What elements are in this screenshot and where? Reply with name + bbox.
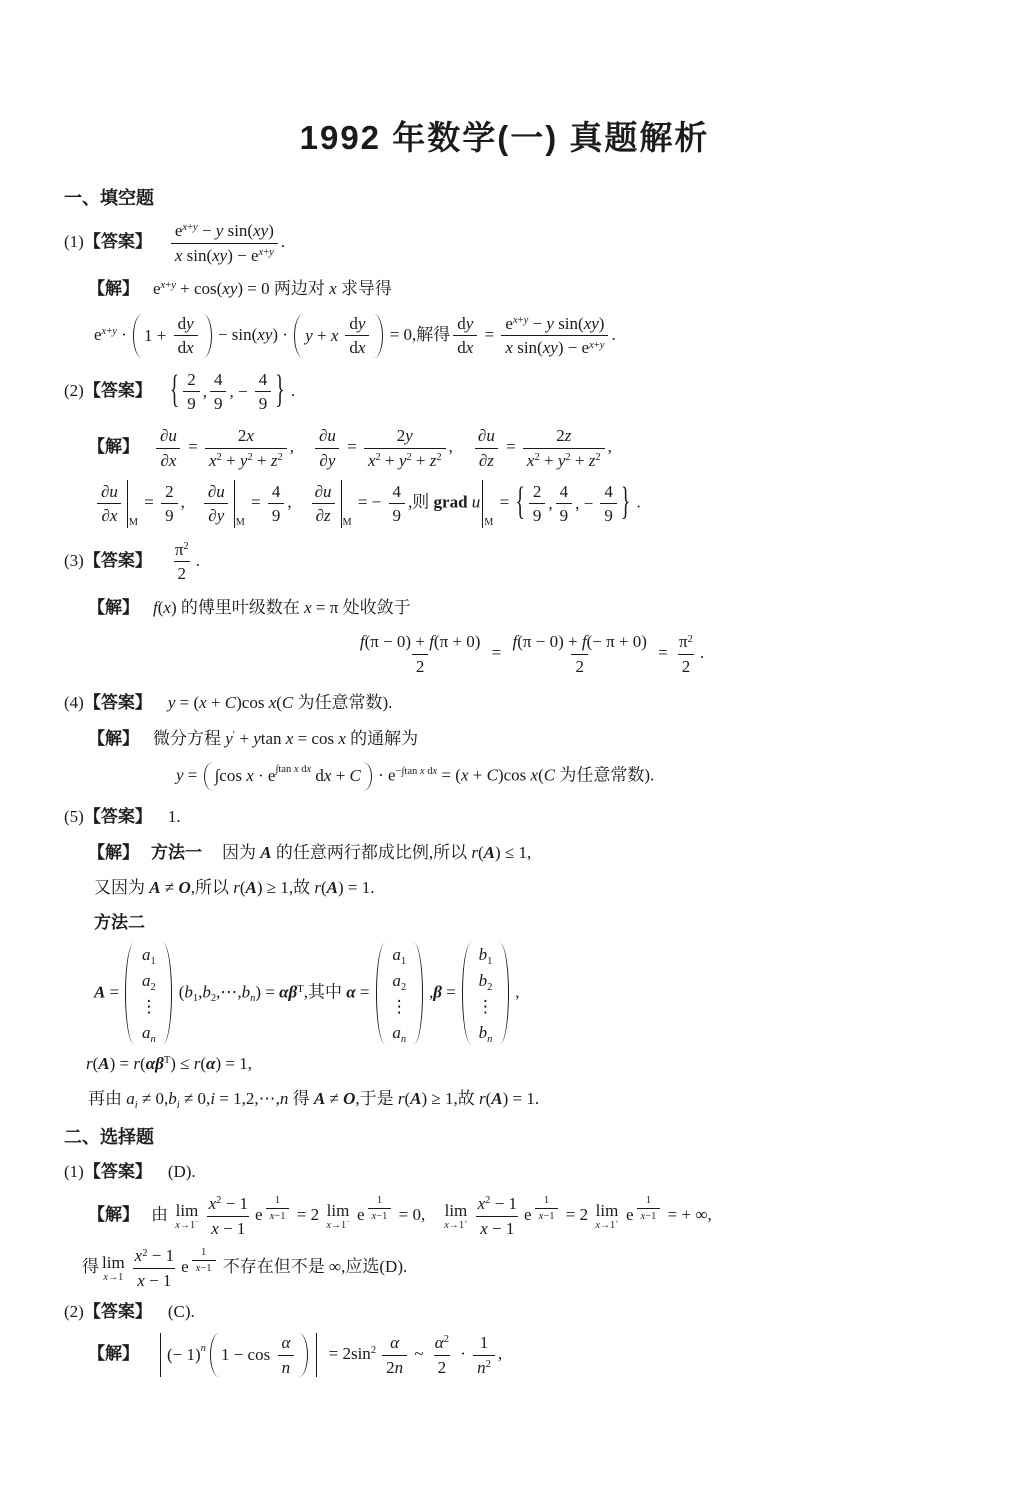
num: 1 [540,1195,553,1209]
it: C [225,693,236,712]
rm: ,于是 [355,1089,398,1108]
num: 1 [271,1195,284,1209]
rm: π [679,632,688,651]
it: b [242,983,251,1002]
rm: 2 [565,452,570,463]
it: x [358,338,366,357]
fraction: ex+y − y sin(xy)x sin(xy) − ex+y [171,221,278,265]
limw: lim [176,1202,199,1220]
eval-bar: M [234,480,245,528]
rm: 2 [556,426,565,445]
rm: 2 [217,452,222,463]
q2-answer-line: (2)【答案】{29,49, − 49} . [64,370,993,414]
fraction: 2xx2 + y2 + z2 [205,426,287,470]
rm: − sin( [214,325,258,344]
fraction: ∂u∂z [474,426,499,470]
sup: 2 [142,1248,147,1259]
num: x2 − 1 [131,1246,178,1268]
sup: x+y [161,280,176,291]
it: xy [222,279,237,298]
q1-solution-line: 【解】ex+y + cos(xy) = 0 两边对 x 求导得 [64,277,993,302]
it: y [112,326,117,337]
it: y [358,314,366,333]
rm: ≠ [161,878,179,897]
crows: a1a2⋮an [387,943,412,1044]
big-delimiter-group: 1 + dydx [132,314,213,358]
big-paren-left [210,1333,219,1377]
rm: + [235,729,253,748]
it: a [392,971,401,990]
document-page: 1992 年数学(一) 真题解析 一、填空题(1)【答案】ex+y − y si… [0,0,1009,1507]
cjkb: 方法一 [151,843,202,862]
rm: ∫tan [275,764,293,775]
bdc: ∫cos x · e∫tan x dx dx + C [215,764,361,789]
num: ∂u [97,482,122,504]
big-paren-right [299,1333,308,1377]
rm: 9 [533,506,542,525]
num: 4 [389,482,406,504]
it: x [209,451,217,470]
den: 9 [210,391,227,414]
eval-bar: M [482,480,493,528]
it: n [282,1358,291,1377]
rm: ) = 1, [215,1054,252,1073]
it: x [246,426,254,445]
rm: sin( [513,338,543,357]
den: x2 + y2 + z2 [523,448,605,471]
fraction: ∂u∂y [315,426,340,470]
num: π2 [675,632,697,654]
rm: + cos( [176,279,222,298]
big-paren-left [204,762,213,791]
rm: sin( [182,246,212,265]
den: ∂z [312,503,335,526]
cjkb: 【解】 [88,279,139,298]
rm: 9 [604,506,613,525]
it: y [305,324,313,349]
rm: 2 [142,1248,147,1259]
fraction: 1x−1 [266,1195,290,1223]
subsc: 2 [401,982,406,993]
sup: 2 [371,1345,376,1356]
it: u [327,426,336,445]
cjkb: 【答案】 [84,1302,152,1321]
rm: M [129,517,138,528]
rm: . [196,551,200,570]
rm: 2 [151,982,156,993]
rm: · e [254,764,276,789]
rm: 2 [534,452,539,463]
rm: 1 − cos [221,1343,275,1368]
rm: , [449,437,453,456]
sup: T [297,984,303,995]
page-title: 1992 年数学(一) 真题解析 [0,0,1009,159]
sup: 2 [565,452,570,463]
rm: + [412,451,430,470]
num: ∂u [474,426,499,448]
it: x [186,338,194,357]
sup: 2 [376,452,381,463]
sup: x+y [102,326,117,337]
crow: a1 [392,946,406,963]
it: i [135,1100,138,1111]
den: ∂y [315,448,339,471]
num: ∂u [311,482,336,504]
num: f(π − 0) + f(π + 0) [356,632,485,654]
rm: 9 [165,506,174,525]
num: 4 [556,482,573,504]
it: r [233,878,240,897]
num: 2z [552,426,575,448]
cjkb: 一、填空题 [64,188,154,208]
rm: ) = [255,983,279,1002]
rm: e [524,1205,532,1224]
bdc: 29,49, − 49 [180,370,274,414]
bdc: 1 − cos αn [221,1333,297,1377]
rm: ∂ [479,451,487,470]
big-delimiter-group: 1 − cos αn [209,1333,309,1377]
rm: ∂ [315,482,323,501]
subsc: 1 [151,956,156,967]
rm: 1 [646,1195,651,1206]
den: 2 [434,1355,451,1378]
it: α [435,1333,444,1352]
num: 2 [183,370,200,392]
section2-heading: 二、选择题 [64,1124,993,1150]
sup: 2 [216,1195,221,1206]
rm: d [178,338,187,357]
q1-answer-line: (1)【答案】ex+y − y sin(xy)x sin(xy) − ex+y. [64,221,993,265]
q3-solution-line: 【解】f(x) 的傅里叶级数在 x = π 处收敛于 [64,596,993,621]
big-paren-right [374,314,383,358]
sup: 2 [247,452,252,463]
rm: 2 [371,1345,376,1356]
sup: x+y [182,222,197,233]
num: 4 [255,370,272,392]
vbar [234,480,235,528]
it: xy [257,325,272,344]
den: x − 1 [133,1268,175,1291]
it: y [217,506,225,525]
sup: x+y [589,340,604,351]
it: u [472,493,481,512]
rm: (π + 0) [434,632,481,651]
big-bar [316,1333,317,1377]
rm: 2 [595,452,600,463]
subsc: 2 [151,982,156,993]
rm: tan [261,729,286,748]
it: y [253,729,261,748]
num: 4 [268,482,285,504]
crow: an [142,1024,156,1041]
q4-formula-line: y = ∫cos x · e∫tan x dx dx + C · e−∫tan … [64,762,993,791]
rm: ∂ [319,451,327,470]
limw: lim [445,1202,468,1220]
rm: = [184,437,202,456]
rm: 2 [436,452,441,463]
sup: 2 [183,541,188,552]
it: r [479,1089,486,1108]
it: x [433,766,438,777]
it: y [171,280,176,291]
rm: . [281,232,285,251]
den: dx [453,335,477,358]
sup: 2 [444,1334,449,1345]
rm: (− π + 0) [587,632,647,651]
den: 2 [174,561,191,584]
fraction: x2 − 1x − 1 [205,1194,252,1238]
it: n [487,1034,492,1045]
sup: ′ [233,730,235,741]
it: x [169,451,177,470]
rm: + [571,451,589,470]
num: 1 [373,1195,386,1209]
rm: 9 [214,394,223,413]
rm: 4 [214,370,223,389]
rm: →1 [108,1272,123,1283]
sup: 2 [595,452,600,463]
it: x [246,764,254,789]
rm: 9 [187,394,196,413]
rm: )cos [498,765,531,784]
rm: 2 [416,657,425,676]
bi: A [94,983,105,1002]
it: x [531,765,539,784]
crow: a2 [392,972,406,989]
it: a [142,1023,151,1042]
bi: A [246,878,257,897]
rm: ( [174,983,184,1002]
den: 9 [556,503,573,526]
q4-solution-line: 【解】微分方程 y′ + ytan x = cos x 的通解为 [64,727,993,752]
c2-answer-line: (2)【答案】(C). [64,1300,993,1325]
rm: (2) [64,1302,84,1321]
den: 9 [600,503,617,526]
it: y [225,729,233,748]
bdc: y + xdydx [305,314,372,358]
rm: ) · [272,325,292,344]
rm: = 1,2,⋯, [215,1089,280,1108]
sup: + [464,1219,468,1226]
den: 9 [389,503,406,526]
rm: = [105,983,123,1002]
rm: ∫cos [215,764,247,789]
bi: αβ [146,1054,164,1073]
rm: + [540,451,558,470]
it: b [479,971,488,990]
fraction: 29 [161,482,178,526]
it: y [176,765,184,784]
it: b [479,945,488,964]
num: 2x [234,426,258,448]
q5-final-line: 再由 ai ≠ 0,bi ≠ 0,i = 1,2,⋯,n 得 A ≠ O,于是 … [64,1087,993,1112]
rm: 1 [193,993,198,1004]
big-paren-right [500,943,509,1044]
rm: = 0,解得 [385,325,450,344]
rm: ⋮ [391,997,408,1016]
rm: 4 [560,482,569,501]
rm: (− 1) [167,1343,201,1368]
rm: 2 [486,1359,491,1370]
big-delimiter-group: y + xdydx [293,314,384,358]
crow: bn [479,1024,493,1041]
num: π2 [171,540,193,562]
bi: A [149,878,160,897]
sup: 2 [406,452,411,463]
section1-heading: 一、填空题 [64,185,993,211]
num: 2y [393,426,417,448]
big-delimiter-group: ∫cos x · e∫tan x dx dx + C [203,762,373,791]
it: x [211,1219,219,1238]
big-paren-left [133,314,142,358]
rm: 1 [377,1195,382,1206]
rm: (5) [64,807,84,826]
crow: ⋮ [477,998,494,1015]
num: 4 [210,370,227,392]
rm: T [164,1055,170,1066]
it: z [487,451,494,470]
bi: O [343,1089,355,1108]
rm: e [255,1205,263,1224]
den: 2n [382,1355,407,1378]
fraction: dydx [174,314,198,358]
rm: 由 [151,1205,172,1224]
crow: a1 [142,946,156,963]
rm: ) [268,221,274,240]
rm: = [442,983,460,1002]
rm: (2) [64,381,84,400]
rm: 2 [406,452,411,463]
rm: )cos [236,693,269,712]
big-delimiter-group: {29,49, − 49} [169,370,286,414]
rm: 9 [259,394,268,413]
rm: − 1 [488,1219,515,1238]
limit: limx→1− [326,1202,349,1231]
num: 2 [161,482,178,504]
fraction: 49 [389,482,406,526]
num: x2 − 1 [205,1194,252,1216]
rm: 求导得 [337,279,392,298]
big-paren-right [414,943,423,1044]
rm: = [495,493,513,512]
column-vector: a1a2⋮an [375,943,424,1044]
q5-method1-line2: 又因为 A ≠ O,所以 r(A) ≥ 1,故 r(A) = 1. [64,876,993,901]
rm: , − [575,492,597,517]
num: ∂u [156,426,181,448]
den: n [278,1355,295,1378]
fraction: f(π − 0) + f(− π + 0)2 [509,632,651,676]
rm: − 1 [147,1246,174,1265]
rm: ∂ [208,506,216,525]
rm: M [484,517,493,528]
rm: ∂ [101,506,109,525]
rm: = [184,765,202,784]
rm: ,⋯, [216,983,242,1002]
rm: 2 [277,452,282,463]
rm: →1 [331,1220,346,1231]
q5-method2-heading: 方法二 [64,911,993,936]
vbsub: M [343,516,352,531]
rm: 2 [438,1358,447,1377]
rm: →1 [449,1220,464,1231]
rm: + [313,324,331,349]
big-delimiter-group: {29,49, − 49} [514,482,631,526]
sup: 1x−1 [189,1255,219,1266]
cjkb: 【解】 [88,598,139,617]
rm: 2 [216,1195,221,1206]
big-paren-left [462,943,471,1044]
num: x2 − 1 [474,1194,521,1216]
rm: e [505,314,513,333]
rm: T [297,984,303,995]
fraction: 2zx2 + y2 + z2 [523,426,605,470]
fraction: π22 [675,632,697,676]
rm: · [456,1344,470,1363]
cjkb: 【答案】 [84,381,152,400]
rm: , [425,983,434,1002]
rm: , [287,493,291,512]
fraction: α2n [382,1333,407,1377]
rm: e [181,1257,189,1276]
rm: , [548,492,552,517]
rm: −1 [200,1263,211,1274]
subsc: i [135,1100,138,1111]
rm: ⋮ [477,997,494,1016]
it: x [461,765,469,784]
rm: 2 [386,1358,395,1377]
c1-solution-line2: 得limx→1x2 − 1x − 1e1x−1 不存在但不是 ∞,应选(D). [64,1246,993,1290]
rm: 为任意常数). [293,693,392,712]
q5-rank-line: r(A) = r(αβT) ≤ r(α) = 1, [64,1052,993,1077]
rm: d [311,764,324,789]
bdc: 1 + dydx [144,314,201,358]
sup: − [346,1219,350,1226]
rm: (π − 0) + [365,632,430,651]
it: y [600,340,605,351]
q2-solution-line1: 【解】∂u∂x = 2xx2 + y2 + z2,∂u∂y = 2yx2 + y… [64,426,993,470]
rm: →1 [600,1220,615,1231]
it: a [392,945,401,964]
it: r [86,1054,93,1073]
it: y [269,247,274,258]
rm: ,则 [408,493,434,512]
subsc: n [250,993,255,1004]
cjkb: 【答案】 [84,551,152,570]
it: i [177,1100,180,1111]
den: 9 [268,503,285,526]
it: x [466,338,474,357]
cjkb: 【解】 [88,1344,139,1363]
crow: a2 [142,972,156,989]
rm: − [346,1219,350,1226]
content: 一、填空题(1)【答案】ex+y − y sin(xy)x sin(xy) − … [0,185,1009,1377]
rm: + [469,765,487,784]
rm: 2 [376,452,381,463]
rm: (C). [168,1302,195,1321]
sup: 1x−1 [263,1203,293,1214]
it: xy [543,338,558,357]
rm: ) = [110,1054,134,1073]
it: n [395,1358,404,1377]
fraction: 1x−1 [535,1195,559,1223]
rm: ∂ [316,506,324,525]
rm: 2 [575,657,584,676]
subsc: 2 [211,993,216,1004]
rm: ) ≥ 1,故 [257,878,315,897]
sup: 2 [688,634,693,645]
rm: 4 [272,482,281,501]
it: a [392,1023,401,1042]
